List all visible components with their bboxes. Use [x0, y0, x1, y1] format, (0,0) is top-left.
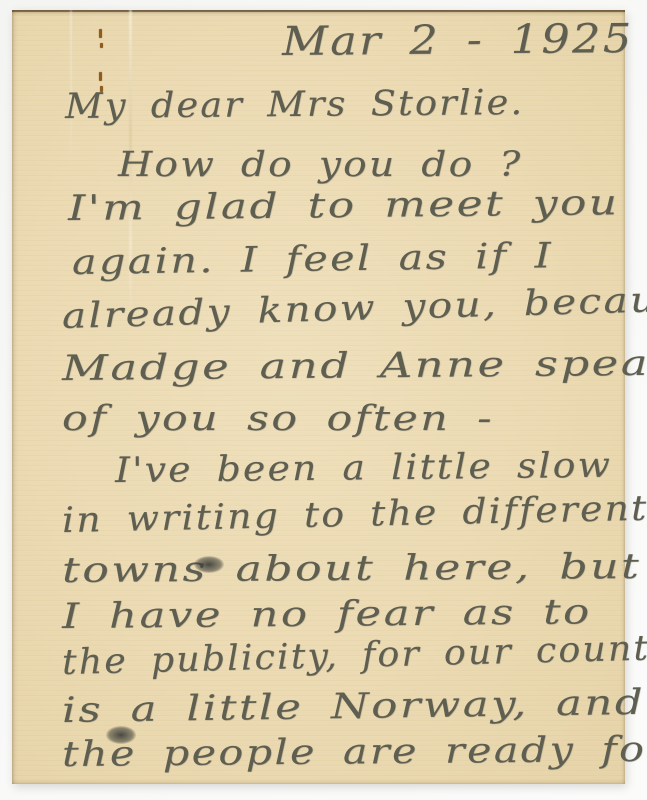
handwriting-line: is a little Norway, and: [62, 686, 646, 729]
handwriting-line: already know you, because: [62, 282, 647, 335]
rust-stitch-mark: [100, 43, 103, 48]
handwriting-line: towns about here, but: [62, 550, 642, 589]
handwriting-line: I've been a little slow: [115, 449, 612, 489]
ink-blot-people: [106, 726, 136, 744]
handwriting-line: I'm glad to meet you: [68, 186, 620, 227]
handwriting-line: of you so often -: [62, 402, 494, 437]
salutation-line: My dear Mrs Storlie.: [65, 86, 524, 125]
rust-stitch-mark: [99, 29, 102, 38]
handwriting-line: the publicity, for our county: [62, 631, 647, 681]
date-line: Mar 2 - 1925: [282, 19, 634, 62]
handwriting-line: again. I feel as if I: [72, 239, 554, 281]
handwriting-line: the people are ready for: [62, 733, 647, 773]
letter-paper: Mar 2 - 1925 My dear Mrs Storlie. How do…: [12, 10, 625, 784]
handwriting-line: How do you do ?: [118, 148, 523, 183]
scan-background: { "letter": { "date_line": "Mar 2 - 1925…: [0, 0, 647, 800]
handwriting-line: Madge and Anne speak: [62, 347, 647, 387]
ink-blot-about: [194, 556, 224, 573]
rust-stitch-mark: [99, 72, 102, 81]
handwriting-line: in writing to the different: [62, 492, 647, 539]
handwriting-line: I have no fear as to: [62, 595, 592, 635]
